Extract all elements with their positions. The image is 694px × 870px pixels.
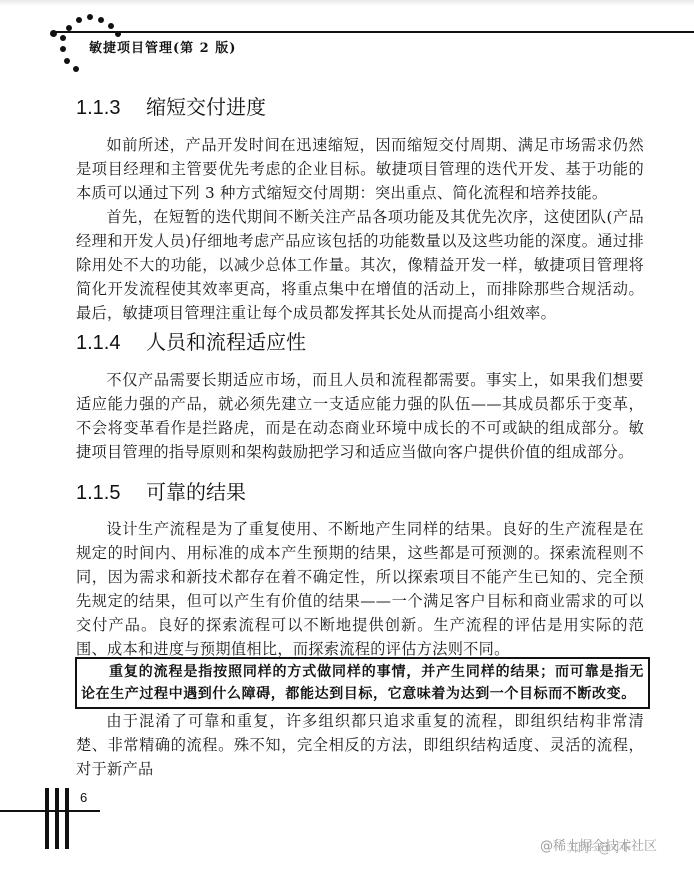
ornament-dot (98, 17, 104, 23)
header-rule (55, 31, 694, 33)
footer-rule (0, 810, 100, 812)
paragraph: 设计生产流程是为了重复使用、不断地产生同样的结果。良好的生产流程是在规定的时间内… (76, 517, 644, 661)
ornament-dot (60, 46, 66, 52)
section-number: 1.1.5 (76, 482, 146, 505)
ornament-dot (76, 17, 82, 23)
watermark: @稀土掘金技术社区 知乎 @小F (540, 835, 657, 854)
footer-bar (55, 788, 59, 849)
paragraph: 由于混淆了可靠和重复，许多组织都只追求重复的流程，即组织结构非常清楚、非常精确的… (76, 709, 644, 781)
paragraph: 不仅产品需要长期适应市场，而且人员和流程都需要。事实上，如果我们想要适应能力强的… (76, 368, 644, 464)
ornament-dot (64, 58, 70, 64)
ornament-dot (73, 66, 79, 72)
section-heading-1-1-4: 1.1.4人员和流程适应性 (76, 326, 306, 355)
section-title: 人员和流程适应性 (146, 332, 306, 354)
watermark-line-2: 知乎 @小F (568, 837, 632, 856)
page-number: 6 (80, 790, 87, 805)
section-title: 缩短交付进度 (146, 97, 266, 119)
callout-box: 重复的流程是指按照同样的方式做同样的事情，并产生同样的结果；而可靠是指无论在生产… (75, 657, 650, 709)
paragraph: 首先，在短暂的迭代期间不断关注产品各项功能及其优先次序，这使团队(产品经理和开发… (76, 205, 644, 325)
section-title: 可靠的结果 (146, 482, 246, 504)
section-number: 1.1.4 (76, 332, 146, 355)
section-number: 1.1.3 (76, 97, 146, 120)
scan-top-shadow (0, 0, 694, 6)
footer-bar (45, 788, 49, 849)
ornament-dot (87, 14, 93, 20)
section-heading-1-1-3: 1.1.3缩短交付进度 (76, 91, 266, 120)
ornament-dot (108, 23, 114, 29)
running-title: 敏捷项目管理(第 2 版) (89, 37, 236, 56)
paragraph: 如前所述，产品开发时间在迅速缩短，因而缩短交付周期、满足市场需求仍然是项目经理和… (76, 133, 644, 205)
ornament-dot (60, 35, 66, 41)
section-heading-1-1-5: 1.1.5可靠的结果 (76, 476, 246, 505)
footer-bar (65, 788, 69, 849)
